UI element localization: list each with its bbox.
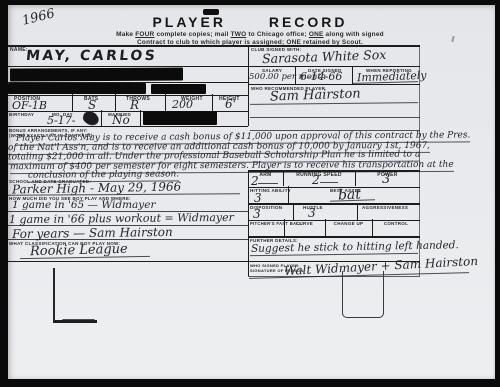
cell-divider (72, 94, 73, 111)
height-value: 6' (225, 97, 236, 111)
cell-divider (355, 170, 356, 186)
cell-divider (165, 94, 166, 111)
player-name-value: MAY, CARLOS (25, 48, 158, 64)
date-signed-value: 6-14-66 (300, 70, 342, 83)
street-redaction (10, 68, 183, 82)
cell-divider (115, 94, 116, 111)
hustle-value: 3 (308, 206, 316, 220)
recommended-value: Sam Hairston (270, 86, 361, 104)
blank-rule (250, 130, 420, 131)
pen-dash (258, 183, 278, 184)
name-label: NAME: (10, 47, 28, 53)
column-divider (248, 45, 249, 126)
pen-dash (320, 182, 338, 183)
scanned-player-record: 1966 PLAYER RECORD Make FOUR complete co… (0, 0, 500, 387)
cell-divider (325, 219, 326, 236)
seen-line: 1 game in '65 — Widmayer (12, 199, 155, 211)
control-label: CONTROL (372, 221, 420, 226)
blank-rule (250, 117, 420, 118)
married-value: No (112, 113, 130, 127)
aggressiveness-label: AGGRESSIVENESS (362, 205, 408, 210)
partial-box-right (342, 271, 384, 318)
cell-divider (357, 203, 358, 220)
cell-divider (284, 219, 285, 236)
power-value: 3 (382, 172, 390, 187)
birthday-row-redaction (143, 111, 217, 125)
partial-box-left (53, 268, 97, 323)
cell-divider (283, 170, 284, 186)
curve-label: CURVE (284, 221, 325, 226)
cell-divider (101, 110, 102, 126)
grid-line (8, 261, 248, 262)
cell-divider (293, 203, 294, 220)
seen-line: 1 game in '66 plus workout = Widmayer (9, 211, 234, 226)
changeup-label: CHANGE UP (325, 221, 372, 226)
cell-divider (372, 219, 373, 236)
cell-divider (352, 66, 353, 84)
weight-value: 200 (172, 98, 193, 111)
cell-divider (140, 110, 141, 126)
birthday-label: BIRTHDAY (9, 112, 34, 117)
city-redaction (8, 83, 146, 94)
grid-line (248, 276, 420, 277)
page-title: PLAYER RECORD (90, 14, 410, 30)
running-speed-value: 2 (312, 173, 320, 187)
smudge-mark (62, 319, 95, 322)
form-top-rule (8, 45, 420, 47)
cell-divider (288, 186, 289, 203)
state-redaction (151, 84, 206, 94)
instructions-line-1: Make FOUR complete copies; mail TWO to C… (60, 31, 440, 38)
cell-divider (212, 94, 213, 111)
